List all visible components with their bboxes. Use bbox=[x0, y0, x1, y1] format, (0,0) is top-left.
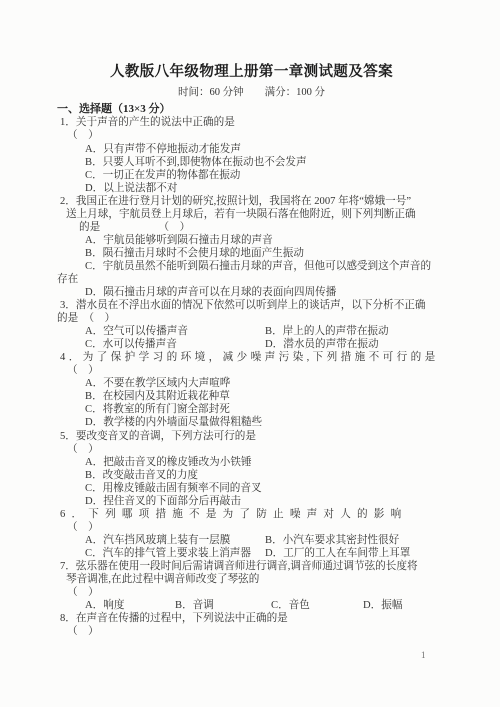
question-6-options-2col: A．汽车挡风玻璃上装有一层膜B．小汽车要求其密封性很好 bbox=[57, 534, 446, 547]
question-7-paren: （ ） bbox=[57, 586, 446, 599]
question-5-option: A．把敲击音叉的橡皮锤改为小铁锤 bbox=[57, 456, 446, 469]
question-4-option: C．将教室的所有门窗全部封死 bbox=[57, 403, 446, 416]
question-3-question: 3．潜水员在不浮出水面的情况下依然可以听到岸上的谈话声，以下分析不正确 bbox=[57, 299, 446, 312]
question-2-option: D．陨石撞击月球的声音可以在月球的表面向四周传播 bbox=[57, 286, 446, 299]
page-content: 人教版八年级物理上册第一章测试题及答案 时间：60 分钟 满分：100 分 一、… bbox=[57, 63, 446, 638]
option-text: D．振幅 bbox=[363, 599, 402, 612]
question-8-paren: （ ） bbox=[57, 625, 446, 638]
question-5-option: C．用橡皮锤敲击固有频率不同的音叉 bbox=[57, 482, 446, 495]
question-5-option: D．捏住音叉的下面部分后再敲击 bbox=[57, 495, 446, 508]
exam-info: 时间：60 分钟 满分：100 分 bbox=[57, 86, 446, 100]
question-5-question: 5．要改变音叉的音调，下列方法可行的是 bbox=[57, 430, 446, 443]
question-8-question: 8．在声音在传播的过程中，下列说法中正确的是 bbox=[57, 612, 446, 625]
question-6-question-spaced-wide: 6．下列哪项措施不是为了防止噪声对人的影响 bbox=[57, 508, 446, 521]
question-2-continuation-indent: 的是 （ ） bbox=[57, 221, 446, 234]
option-text: C．汽车的排气管上要求装上消声器 bbox=[85, 547, 265, 560]
question-2-option: A．宇航员能够听到陨石撞击月球的声音 bbox=[57, 234, 446, 247]
question-4-paren: （ ） bbox=[57, 364, 446, 377]
question-3-options-2col: C．水可以传播声音D．潜水员的声带在振动 bbox=[57, 338, 446, 351]
option-text: B．岸上的人的声带在振动 bbox=[265, 325, 389, 338]
question-list: 1．关于声音的产生的说法中正确的是（ ）A．只有声带不停地振动才能发声B．只要人… bbox=[57, 116, 446, 638]
question-5-option: B．改变敲击音叉的力度 bbox=[57, 469, 446, 482]
section-heading: 一、选择题（13×3 分） bbox=[57, 103, 446, 116]
question-1-option: B．只要人耳听不到,即使物体在振动也不会发声 bbox=[57, 156, 446, 169]
question-1-paren: （ ） bbox=[57, 129, 446, 142]
page-title: 人教版八年级物理上册第一章测试题及答案 bbox=[57, 63, 446, 82]
option-text: C．音色 bbox=[271, 599, 363, 612]
option-text: A．汽车挡风玻璃上装有一层膜 bbox=[85, 534, 265, 547]
option-text: C．水可以传播声音 bbox=[85, 338, 265, 351]
option-text: D．工厂的工人在车间带上耳罩 bbox=[265, 547, 410, 560]
question-7-continuation: 琴音调准,在此过程中调音师改变了琴弦的 bbox=[57, 573, 446, 586]
question-7-question: 7．弦乐器在使用一段时间后需请调音师进行调音,调音师通过调节弦的长度将 bbox=[57, 560, 446, 573]
question-4-option: B．在校园内及其附近栽花种草 bbox=[57, 390, 446, 403]
question-4-option: A．不要在教学区域内大声喧哗 bbox=[57, 377, 446, 390]
question-2-option: B．陨石撞击月球时不会使月球的地面产生振动 bbox=[57, 247, 446, 260]
question-1-option: C．一切正在发声的物体都在振动 bbox=[57, 169, 446, 182]
question-2-continuation: 送上月球，宇航员登上月球后，若有一块陨石落在他附近，则下列判断正确 bbox=[57, 208, 446, 221]
option-text: A．空气可以传播声音 bbox=[85, 325, 265, 338]
question-1-question: 1．关于声音的产生的说法中正确的是 bbox=[57, 116, 446, 129]
test-paper-page: 人教版八年级物理上册第一章测试题及答案 时间：60 分钟 满分：100 分 一、… bbox=[0, 0, 500, 707]
question-4-question-spaced: 4．为了保护学习的环境，减少噪声污染,下列措施不可行的是 bbox=[57, 351, 446, 364]
page-number: 1 bbox=[421, 650, 426, 661]
question-6-paren: （ ） bbox=[57, 521, 446, 534]
question-7-options-4col: A．响度B．音调C．音色D．振幅 bbox=[57, 599, 446, 612]
question-1-option: A．只有声带不停地振动才能发声 bbox=[57, 143, 446, 156]
option-text: B．小汽车要求其密封性很好 bbox=[265, 534, 399, 547]
question-2-option: C．宇航员虽然不能听到陨石撞击月球的声音，但他可以感受到这个声音的 bbox=[57, 260, 446, 273]
option-text: D．潜水员的声带在振动 bbox=[265, 338, 379, 351]
option-text: B．音调 bbox=[175, 599, 271, 612]
question-2-continuation-flush: 存在 bbox=[57, 273, 446, 286]
question-6-options-2col: C．汽车的排气管上要求装上消声器D．工厂的工人在车间带上耳罩 bbox=[57, 547, 446, 560]
question-2-question: 2．我国正在进行登月计划的研究,按照计划，我国将在 2007 年将“嫦娥一号” bbox=[57, 195, 446, 208]
question-5-paren: （ ） bbox=[57, 443, 446, 456]
question-3-options-2col: A．空气可以传播声音B．岸上的人的声带在振动 bbox=[57, 325, 446, 338]
option-text: A．响度 bbox=[85, 599, 175, 612]
question-4-option: D．教学楼的内外墙面尽量做得粗糙些 bbox=[57, 416, 446, 429]
question-1-option: D．以上说法都不对 bbox=[57, 182, 446, 195]
question-3-continuation-flush: 的是 （ ） bbox=[57, 312, 446, 325]
